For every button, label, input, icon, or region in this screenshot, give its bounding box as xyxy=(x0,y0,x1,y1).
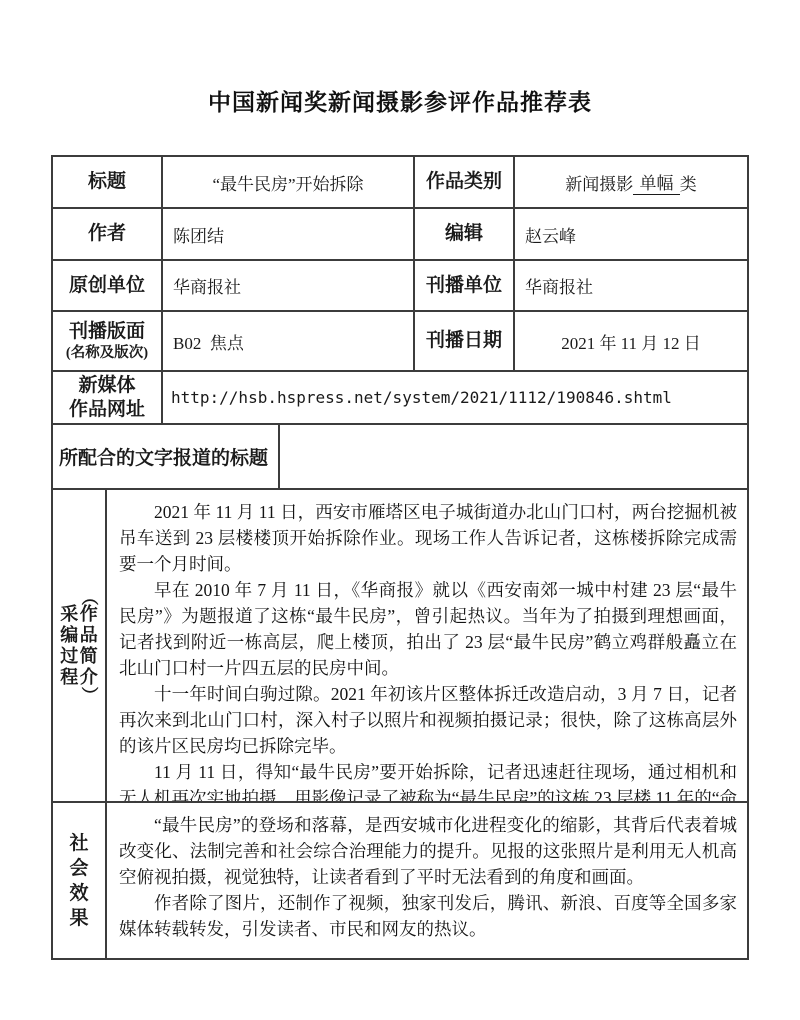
editor-label-cell: 编辑 xyxy=(415,209,515,261)
work-intro-content-cell: 2021 年 11 月 11 日，西安市雁塔区电子城街道办北山门口村，两台挖掘机… xyxy=(107,490,747,803)
origin-unit-label-cell: 原创单位 xyxy=(53,261,163,312)
layout-label-line1: 刊播版面 xyxy=(69,320,145,344)
author-value-cell: 陈团结 xyxy=(163,209,415,261)
origin-unit-row: 原创单位 华商报社 刊播单位 华商报社 xyxy=(53,261,747,312)
work-intro-paragraph: 11 月 11 日，得知“最牛民房”要开始拆除，记者迅速赶往现场，通过相机和无人… xyxy=(119,759,737,803)
social-effect-paragraph: “最牛民房”的登场和落幕，是西安城市化进程变化的缩影，其背后代表着城改变化、法制… xyxy=(119,812,737,890)
publish-date-value-cell: 2021 年 11 月 12 日 xyxy=(515,312,747,372)
url-value-cell: http://hsb.hspress.net/system/2021/1112/… xyxy=(163,372,747,425)
origin-unit-value-cell: 华商报社 xyxy=(163,261,415,312)
author-label-cell: 作者 xyxy=(53,209,163,261)
vertical-close-paren: ） xyxy=(82,686,96,703)
work-intro-label-right-text: 作品简介 xyxy=(79,604,98,688)
work-intro-row: 采编过程 （ 作品简介 ） 2021 年 11 月 11 日，西安市雁塔区电子城… xyxy=(53,490,747,803)
publish-unit-value-cell: 华商报社 xyxy=(515,261,747,312)
vertical-open-paren: （ xyxy=(82,588,96,605)
title-value-cell: “最牛民房”开始拆除 xyxy=(163,157,415,209)
work-intro-paragraph: 2021 年 11 月 11 日，西安市雁塔区电子城街道办北山门口村，两台挖掘机… xyxy=(119,499,737,577)
url-label-cell: 新媒体 作品网址 xyxy=(53,372,163,425)
url-label-line2: 作品网址 xyxy=(69,398,145,422)
page-title: 中国新闻奖新闻摄影参评作品推荐表 xyxy=(0,0,800,117)
social-effect-label-cell: 社会效果 xyxy=(53,803,107,958)
work-intro-label-right-column: （ 作品简介 ） xyxy=(79,590,98,702)
category-label-cell: 作品类别 xyxy=(415,157,515,209)
layout-label-cell: 刊播版面 (名称及版次) xyxy=(53,312,163,372)
recommendation-form-table: 标题 “最牛民房”开始拆除 作品类别 新闻摄影 单幅 类 作者 陈团结 编辑 赵… xyxy=(51,155,749,960)
work-intro-paragraph: 早在 2010 年 7 月 11 日，《华商报》就以《西安南郊一城中村建 23 … xyxy=(119,577,737,681)
publish-unit-label-cell: 刊播单位 xyxy=(415,261,515,312)
layout-value-cell: B02 焦点 xyxy=(163,312,415,372)
url-row: 新媒体 作品网址 http://hsb.hspress.net/system/2… xyxy=(53,372,747,425)
social-effect-paragraph: 作者除了图片，还制作了视频，独家刊发后，腾讯、新浪、百度等全国多家媒体转载转发，… xyxy=(119,890,737,942)
work-intro-label-left-column: 采编过程 xyxy=(60,604,79,688)
category-underlined: 单幅 xyxy=(633,169,680,195)
editor-value-cell: 赵云峰 xyxy=(515,209,747,261)
author-row: 作者 陈团结 编辑 赵云峰 xyxy=(53,209,747,261)
publish-date-label-cell: 刊播日期 xyxy=(415,312,515,372)
title-label-cell: 标题 xyxy=(53,157,163,209)
category-suffix: 类 xyxy=(680,170,697,195)
text-report-title-label-cell: 所配合的文字报道的标题 xyxy=(53,425,280,490)
category-value-cell: 新闻摄影 单幅 类 xyxy=(515,157,747,209)
layout-row: 刊播版面 (名称及版次) B02 焦点 刊播日期 2021 年 11 月 12 … xyxy=(53,312,747,372)
text-report-title-row: 所配合的文字报道的标题 xyxy=(53,425,747,490)
social-effect-content-cell: “最牛民房”的登场和落幕，是西安城市化进程变化的缩影，其背后代表着城改变化、法制… xyxy=(107,803,747,958)
document-page: 中国新闻奖新闻摄影参评作品推荐表 标题 “最牛民房”开始拆除 作品类别 新闻摄影… xyxy=(0,0,800,1020)
work-intro-label-cell: 采编过程 （ 作品简介 ） xyxy=(53,490,107,803)
title-row: 标题 “最牛民房”开始拆除 作品类别 新闻摄影 单幅 类 xyxy=(53,157,747,209)
work-intro-paragraph: 十一年时间白驹过隙。2021 年初该片区整体拆迁改造启动，3 月 7 日，记者再… xyxy=(119,681,737,759)
work-intro-vertical-label: 采编过程 （ 作品简介 ） xyxy=(60,590,99,702)
social-effect-vertical-label: 社会效果 xyxy=(69,831,90,931)
url-label-line1: 新媒体 xyxy=(78,374,135,398)
text-report-title-value-cell xyxy=(280,425,747,490)
social-effect-row: 社会效果 “最牛民房”的登场和落幕，是西安城市化进程变化的缩影，其背后代表着城改… xyxy=(53,803,747,958)
category-prefix: 新闻摄影 xyxy=(565,170,633,195)
layout-label-line2: (名称及版次) xyxy=(66,344,148,362)
